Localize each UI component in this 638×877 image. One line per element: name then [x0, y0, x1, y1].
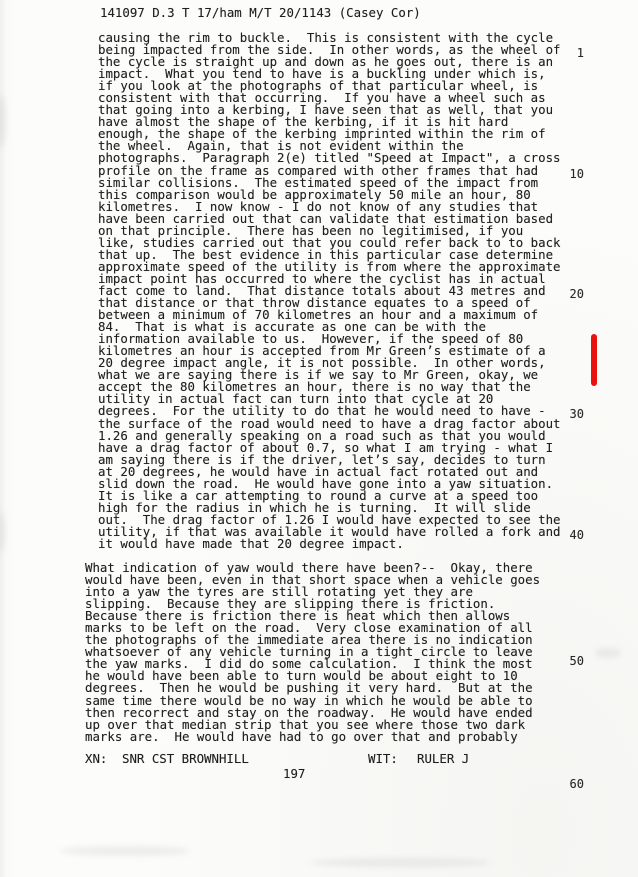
document-header: 141097 D.3 T 17/ham M/T 20/1143 (Casey C…: [100, 6, 421, 20]
witness-label: WIT:: [368, 752, 398, 765]
margin-line-number-10: 10: [558, 168, 584, 180]
margin-line-number-1: 1: [558, 47, 584, 59]
scan-smudge: [0, 512, 5, 552]
scan-smudge: [595, 648, 621, 658]
margin-line-number-40: 40: [558, 529, 584, 541]
scanned-transcript-page: 141097 D.3 T 17/ham M/T 20/1143 (Casey C…: [0, 0, 638, 877]
scan-smudge: [0, 95, 6, 147]
margin-line-number-30: 30: [558, 408, 584, 420]
red-highlight-mark: [591, 334, 597, 386]
witness-name: RULER J: [417, 752, 469, 765]
transcript-paragraph-question-answer: What indication of yaw would there have …: [85, 562, 585, 743]
scan-smudge: [310, 858, 490, 867]
page-number: 197: [283, 767, 305, 780]
transcript-body: causing the rim to buckle. This is consi…: [85, 32, 585, 743]
margin-line-number-20: 20: [558, 288, 584, 300]
scan-smudge: [60, 846, 190, 856]
transcript-paragraph-answer: causing the rim to buckle. This is consi…: [98, 32, 585, 550]
examiner-name: SNR CST BROWNHILL: [122, 752, 249, 765]
margin-line-number-60: 60: [558, 778, 584, 790]
margin-line-number-50: 50: [558, 655, 584, 667]
examiner-label: XN:: [85, 752, 107, 765]
